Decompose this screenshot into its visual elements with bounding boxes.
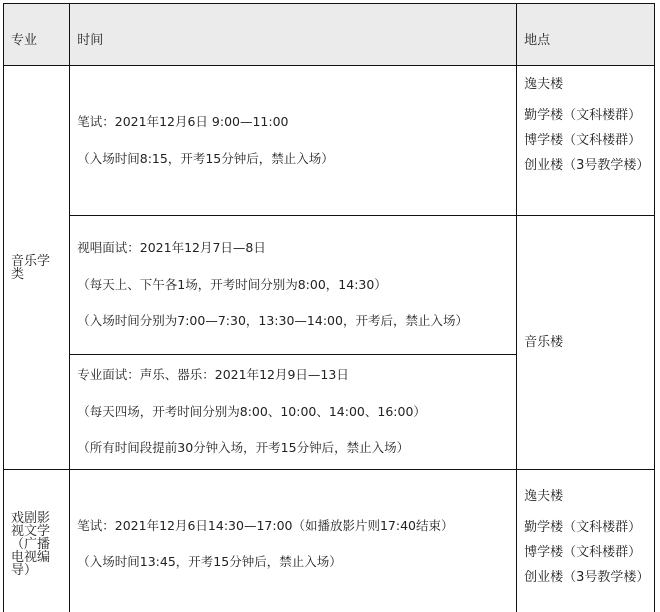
time-cell: 笔试：2021年12月6日14:30—17:00（如播放影片则17:40结束） … [70, 470, 517, 612]
location-line: 创业楼（3号教学楼） [524, 153, 647, 178]
major-cell: 音乐学类 [4, 66, 70, 470]
time-line: （每天四场，开考时间分别为8:00、10:00、14:00、16:00） [77, 406, 509, 419]
location-line: 逸夫楼 [524, 72, 647, 97]
table-row: 戏剧影视文学（广播电视编导） 笔试：2021年12月6日14:30—17:00（… [4, 470, 655, 612]
time-line: 专业面试：声乐、器乐：2021年12月9日—13日 [77, 369, 509, 382]
time-cell: 专业面试：声乐、器乐：2021年12月9日—13日 （每天四场，开考时间分别为8… [70, 355, 517, 470]
table-row: 视唱面试：2021年12月7日—8日 （每天上、下午各1场，开考时间分别为8:0… [4, 216, 655, 355]
location-cell: 逸夫楼 勤学楼（文科楼群） 博学楼（文科楼群） 创业楼（3号教学楼） [517, 66, 655, 216]
time-line: （入场时间分别为7:00—7:30，13:30—14:00，开考后，禁止入场） [77, 315, 509, 328]
major-cell: 戏剧影视文学（广播电视编导） [4, 470, 70, 612]
location-line: 博学楼（文科楼群） [524, 128, 647, 153]
time-line: （每天上、下午各1场，开考时间分别为8:00，14:30） [77, 279, 509, 292]
location-line: 勤学楼（文科楼群） [524, 515, 647, 540]
header-location: 地点 [517, 4, 655, 66]
time-line: （所有时间段提前30分钟入场，开考15分钟后，禁止入场） [77, 442, 509, 455]
location-line: 音乐楼 [524, 330, 647, 355]
header-major: 专业 [4, 4, 70, 66]
time-line: 笔试：2021年12月6日 9:00—11:00 [77, 116, 509, 129]
table-row: 音乐学类 笔试：2021年12月6日 9:00—11:00 （入场时间8:15，… [4, 66, 655, 216]
time-cell: 视唱面试：2021年12月7日—8日 （每天上、下午各1场，开考时间分别为8:0… [70, 216, 517, 355]
time-line: （入场时间13:45，开考15分钟后，禁止入场） [77, 556, 509, 569]
time-cell: 笔试：2021年12月6日 9:00—11:00 （入场时间8:15，开考15分… [70, 66, 517, 216]
location-cell: 音乐楼 [517, 216, 655, 470]
header-time: 时间 [70, 4, 517, 66]
location-line: 博学楼（文科楼群） [524, 540, 647, 565]
location-line: 勤学楼（文科楼群） [524, 103, 647, 128]
time-line: （入场时间8:15，开考15分钟后，禁止入场） [77, 153, 509, 166]
time-line: 视唱面试：2021年12月7日—8日 [77, 242, 509, 255]
header-row: 专业 时间 地点 [4, 4, 655, 66]
time-line: 笔试：2021年12月6日14:30—17:00（如播放影片则17:40结束） [77, 520, 509, 533]
location-cell: 逸夫楼 勤学楼（文科楼群） 博学楼（文科楼群） 创业楼（3号教学楼） [517, 470, 655, 612]
exam-schedule-table: 专业 时间 地点 音乐学类 笔试：2021年12月6日 9:00—11:00 （… [3, 3, 655, 612]
location-line: 逸夫楼 [524, 484, 647, 509]
location-line: 创业楼（3号教学楼） [524, 565, 647, 590]
